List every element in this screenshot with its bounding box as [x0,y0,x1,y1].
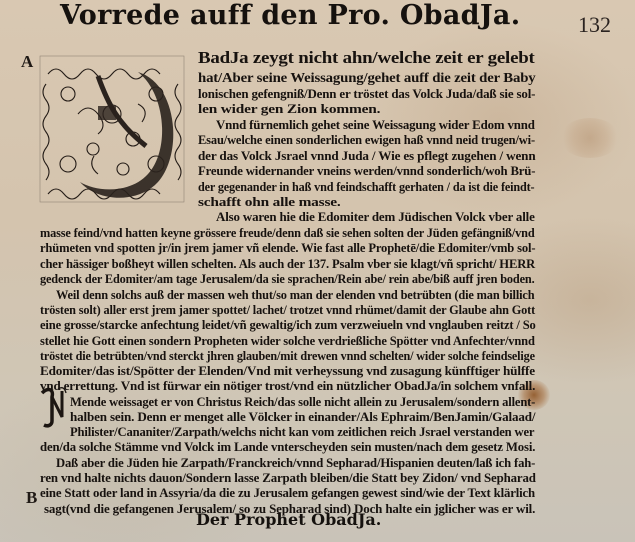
text-line: BadJa zeygt nicht ahn/welche zeit er gel… [198,50,535,65]
section-title: Der Prophet ObadJa. [196,510,381,529]
text-line: cher hässiger boßheyt willen schelten. A… [40,257,535,272]
text-line: trösten solt) aller erst jrem jamer spot… [40,303,535,318]
text-line: Also waren hie die Edomiter dem Jüdische… [216,210,535,225]
text-line: der das Volck Jsrael vnnd Juda / Wie es … [198,149,535,164]
text-line: gedenck der Edomiter/am tage Jerusalem/d… [40,272,535,287]
text-line: Mende weissaget er von Christus Reich/da… [70,395,535,410]
text-line: Esau/welche einen sonderlichen ewigen ha… [198,133,535,148]
text-line: eine grosse/starcke anfechtung leidet/vñ… [40,318,536,333]
text-line: der gegenander in haß vnd feindschafft g… [198,180,534,195]
text-line: len wider gen Zion kommen. [198,102,380,117]
text-line: stellet hie Gott einen sondern Propheten… [40,334,535,349]
text-line: Edomiter/das ist/Spötter der Elenden/Vnd… [40,364,535,379]
text-line: hat/Aber seine Weissagung/gehet auff die… [198,70,536,85]
text-line: Daß aber die Jüden hie Zarpath/Franckrei… [56,456,535,471]
text-line: masse feind/vnd hatten keyne grössere fr… [40,226,535,241]
text-line: Philister/Cananiter/Zarpath/welchs nicht… [70,425,534,440]
text-line: Freunde widernander vneins werden/vnnd s… [198,164,535,179]
text-line: rhümeten vnd spotten jr/in jrem jamer vñ… [40,241,535,256]
text-line: vnd errettung. Vnd ist fürwar ein nötige… [40,379,535,394]
text-line: eine Statt oder land in Assyria/da die z… [40,486,535,501]
text-line: tröstet die betrübten/vnd sterckt jhren … [40,349,535,364]
text-line: halben sein. Denn er menget alle Völcker… [70,410,535,425]
text-line: ren vnd halte nichts dauon/Sondern lasse… [40,471,536,486]
text-line: schafft ohn alle masse. [198,195,341,210]
text-line: Weil denn solchs auß der massen weh thut… [56,288,534,303]
text-line: Vnnd fürnemlich gehet seine Weissagung w… [216,118,535,133]
body-text: BadJa zeygt nicht ahn/welche zeit er gel… [0,0,635,542]
text-line: lonischen gefengniß/Denn er tröstet das … [198,87,535,102]
text-line: den/da solche Stämme vnd Volck im Lande … [40,440,535,455]
